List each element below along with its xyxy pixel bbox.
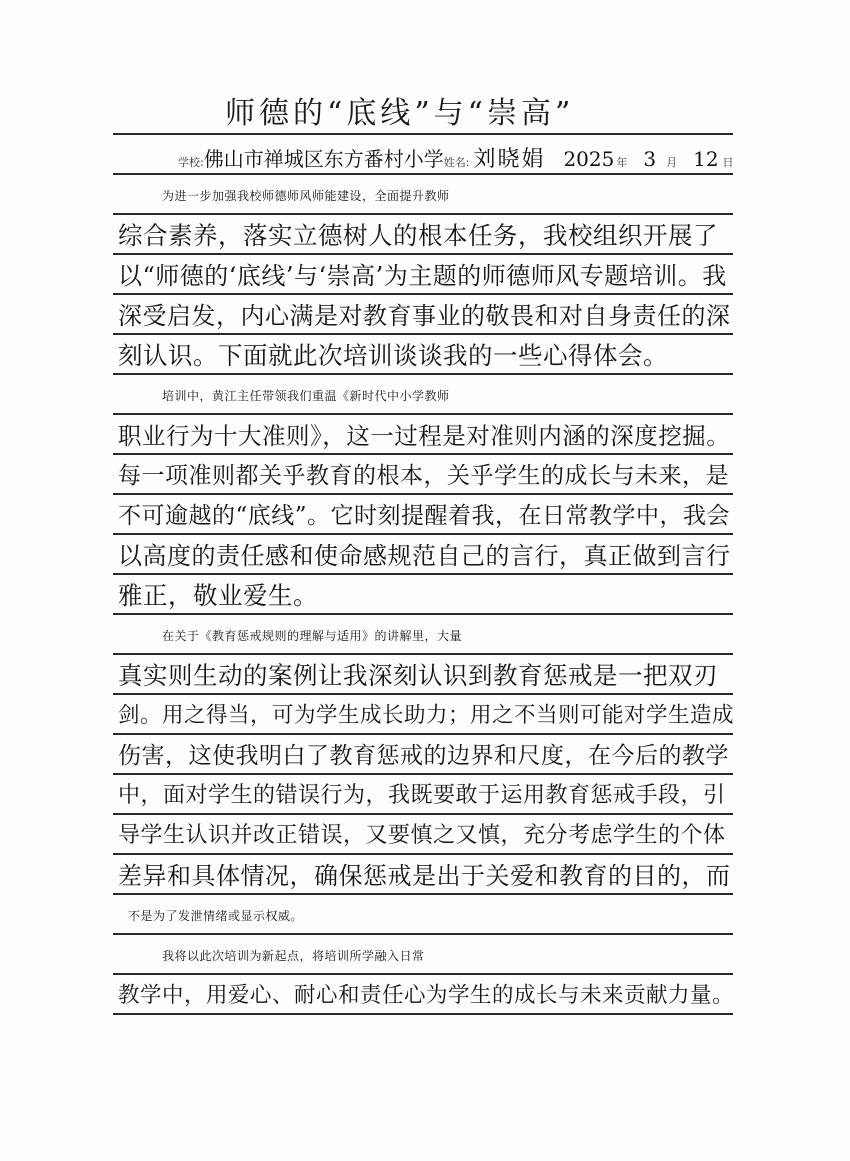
essay-line-5: 刻认识。下面就此次培训谈谈我的一些心得体会。 — [118, 341, 733, 371]
essay-line-2: 综合素养，落实立德树人的根本任务，我校组织开展了 — [118, 221, 733, 251]
name-value: 刘晓娟 — [473, 142, 545, 173]
essay-line-19: 不是为了发泄情绪或显示权威。 — [118, 901, 743, 931]
ruled-line — [113, 253, 733, 255]
ruled-line — [113, 333, 733, 335]
essay-line-10: 以高度的责任感和使命感规范自己的言行，真正做到言行 — [118, 541, 733, 571]
essay-line-15: 伤害，这使我明白了教育惩戒的边界和尺度，在今后的教学 — [118, 741, 733, 771]
ruled-line — [113, 773, 733, 775]
ruled-line — [113, 213, 733, 215]
ruled-line — [113, 573, 733, 575]
year-label: 年 — [616, 154, 627, 170]
ruled-line — [113, 653, 733, 655]
essay-line-13: 真实则生动的案例让我深刻认识到教育惩戒是一把双刃 — [118, 661, 733, 691]
ruled-line — [113, 413, 733, 415]
ruled-line — [113, 893, 733, 895]
day-label: 日 — [723, 154, 734, 170]
ruled-line — [113, 453, 733, 455]
ruled-line — [113, 933, 733, 935]
essay-line-8: 每一项准则都关乎教育的根本，关乎学生的成长与未来，是 — [118, 461, 733, 491]
essay-line-9: 不可逾越的“底线”。它时刻提醒着我，在日常教学中，我会 — [118, 501, 733, 531]
month-label: 月 — [666, 154, 677, 170]
ruled-line — [113, 733, 733, 735]
date-month: 3 — [643, 147, 656, 171]
ruled-line — [113, 373, 733, 375]
essay-title: 师德的“底线”与“崇高” — [225, 88, 574, 132]
school-value: 佛山市禅城区东方番村小学 — [204, 143, 444, 172]
essay-line-12: 在关于《教育惩戒规则的理解与适用》的讲解里，大量 — [118, 621, 777, 651]
essay-line-6: 培训中，黄江主任带领我们重温《新时代中小学教师 — [118, 381, 777, 411]
essay-line-1: 为进一步加强我校师德师风师能建设，全面提升教师 — [118, 181, 777, 211]
header-info-row: 学校: 佛山市禅城区东方番村小学 姓名: 刘晓娟 2025 年 3 月 12 日 — [178, 142, 738, 172]
essay-line-7: 职业行为十大准则》，这一过程是对准则内涵的深度挖掘。 — [118, 421, 733, 451]
essay-line-17: 导学生认识并改正错误，又要慎之又慎，充分考虑学生的个体 — [118, 821, 733, 851]
name-label: 姓名: — [444, 154, 470, 170]
essay-line-4: 深受启发，内心满是对教育事业的敬畏和对自身责任的深 — [118, 301, 733, 331]
ruled-line — [113, 813, 733, 815]
ruled-line — [113, 533, 733, 535]
essay-line-3: 以“师德的‘底线’与‘崇高’为主题的师德师风专题培训。我 — [118, 261, 733, 291]
date-day: 12 — [693, 147, 718, 171]
ruled-line — [113, 493, 733, 495]
essay-line-21: 教学中，用爱心、耐心和责任心为学生的成长与未来贡献力量。 — [118, 981, 733, 1011]
ruled-line — [113, 853, 733, 855]
ruled-line — [113, 1013, 733, 1015]
ruled-line — [113, 693, 733, 695]
handwritten-essay-page: 师德的“底线”与“崇高” 学校: 佛山市禅城区东方番村小学 姓名: 刘晓娟 20… — [0, 0, 850, 1161]
essay-line-18: 差异和具体情况，确保惩戒是出于关爱和教育的目的，而 — [118, 861, 733, 891]
ruled-line — [113, 973, 733, 975]
title-rule — [113, 133, 733, 135]
essay-line-20: 我将以此次培训为新起点，将培训所学融入日常 — [118, 941, 777, 971]
school-label: 学校: — [178, 154, 204, 170]
ruled-line — [113, 293, 733, 295]
essay-line-11: 雅正，敬业爱生。 — [118, 581, 733, 611]
date-year: 2025 — [563, 147, 614, 171]
header-rule — [113, 173, 733, 175]
ruled-line — [113, 613, 733, 615]
essay-line-16: 中，面对学生的错误行为，我既要敢于运用教育惩戒手段，引 — [118, 781, 733, 811]
essay-line-14: 剑。用之得当，可为学生成长助力；用之不当则可能对学生造成 — [118, 701, 733, 731]
